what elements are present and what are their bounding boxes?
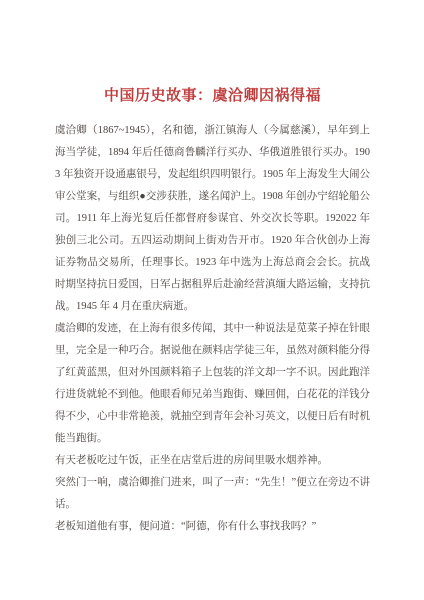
paragraph-legend: 虞洽卿的发迹，在上海有很多传闻，其中一种说法是苋菜子掉在针眼里，完全是一种巧合。… (55, 318, 370, 450)
paragraph-boss-question: 老板知道他有事，便问道：“阿德，你有什么事找我吗？” (55, 516, 370, 538)
document-page: 中国历史故事：虞洽卿因祸得福 虞洽卿（1867~1945），名和德，浙江镇海人（… (0, 0, 424, 600)
document-body: 虞洽卿（1867~1945），名和德，浙江镇海人（今属慈溪），早年到上海当学徒，… (55, 120, 370, 538)
document-title: 中国历史故事：虞洽卿因祸得福 (55, 0, 370, 106)
paragraph-biography: 虞洽卿（1867~1945），名和德，浙江镇海人（今属慈溪），早年到上海当学徒，… (55, 120, 370, 318)
paragraph-boss-rest: 有天老板吃过午饭，正坐在店堂后进的房间里吸水烟养神。 (55, 450, 370, 472)
paragraph-door-opens: 突然门一响，虞洽卿推门进来，叫了一声：“先生！”便立在旁边不讲话。 (55, 472, 370, 516)
